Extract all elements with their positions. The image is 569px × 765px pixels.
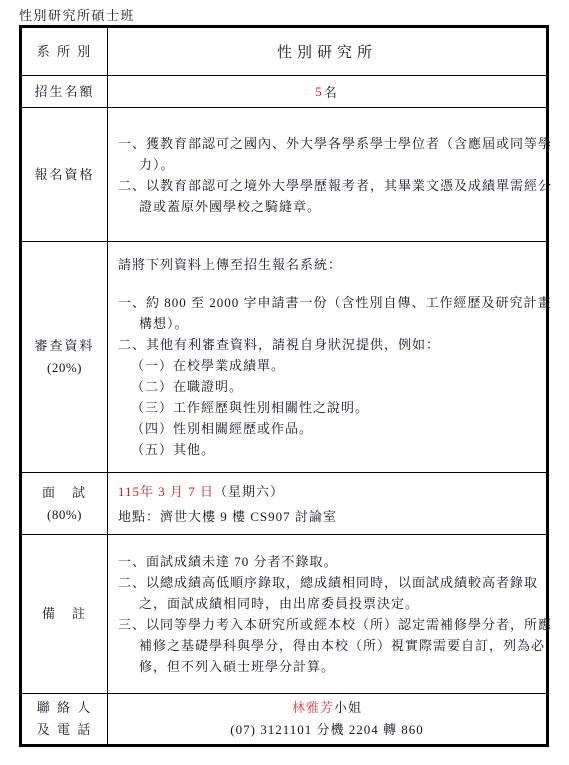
contact-label-line1: 聯 絡 人	[37, 697, 93, 719]
table-row-qualification: 報名資格 一、獲教育部認可之國內、外大學各學系學士學位者（含應屆或同等學力）。二…	[22, 107, 546, 241]
interview-weight: (80%)	[47, 504, 82, 526]
contact-name: 林雅芳	[292, 700, 334, 715]
text-line: （二）在職證明。	[131, 376, 542, 397]
table-row-interview: 面 試 (80%) 115年 3 月 7 日（星期六） 地點：濟世大樓 9 樓 …	[22, 472, 546, 534]
qualification-content: 一、獲教育部認可之國內、外大學各學系學士學位者（含應屆或同等學力）。二、以教育部…	[108, 108, 546, 241]
qualification-label-text: 報名資格	[34, 164, 94, 186]
contact-name-line: 林雅芳小姐	[292, 697, 362, 719]
qualification-label: 報名資格	[22, 108, 108, 241]
text-line: 一、面試成績未達 70 分者不錄取。	[118, 551, 542, 572]
text-line: 修，但不列入碩士班學分計算。	[139, 656, 542, 677]
review-weight: (20%)	[47, 357, 82, 379]
contact-label: 聯 絡 人 及 電 話	[22, 694, 108, 744]
text-line: 二、其他有利審查資料，請視自身狀況提供，例如：	[118, 334, 542, 355]
interview-date-line: 115年 3 月 7 日（星期六）	[118, 479, 542, 504]
department-value-text: 性別研究所	[277, 41, 377, 62]
review-intro: 請將下列資料上傳至招生報名系統：	[118, 254, 542, 275]
contact-content: 林雅芳小姐 (07) 3121101 分機 2204 轉 860	[108, 694, 546, 744]
table-row-contact: 聯 絡 人 及 電 話 林雅芳小姐 (07) 3121101 分機 2204 轉…	[22, 693, 546, 744]
contact-phone: (07) 3121101 分機 2204 轉 860	[230, 719, 423, 741]
quota-label-text: 招生名額	[34, 81, 94, 103]
table-row-quota: 招生名額 5 名	[22, 75, 546, 107]
quota-label: 招生名額	[22, 76, 108, 107]
quota-value: 5 名	[108, 76, 546, 107]
interview-content: 115年 3 月 7 日（星期六） 地點：濟世大樓 9 樓 CS907 討論室	[108, 473, 546, 534]
text-line: 一、獲教育部認可之國內、外大學各學系學士學位者（含應屆或同等學	[118, 133, 542, 154]
admission-info-table: 系 所 別 性別研究所 招生名額 5 名 報名資格 一、獲教育部認可之國內、外大…	[19, 25, 549, 747]
contact-label-line2: 及 電 話	[37, 719, 93, 741]
table-row-department: 系 所 別 性別研究所	[22, 28, 546, 75]
text-line: 證或蓋原外國學校之騎縫章。	[139, 196, 542, 217]
text-line: 力）。	[139, 154, 542, 175]
text-line: 構想）。	[139, 313, 542, 334]
contact-name-suffix: 小姐	[334, 700, 362, 715]
text-line: （四）性別相關經歷或作品。	[131, 418, 542, 439]
department-label-text: 系 所 別	[37, 41, 93, 63]
interview-location: 地點：濟世大樓 9 樓 CS907 討論室	[118, 504, 542, 529]
quota-number: 5	[315, 84, 324, 100]
review-label: 審查資料 (20%)	[22, 242, 108, 472]
notes-label-text: 備 註	[42, 603, 87, 625]
text-line: 之，面試成績相同時，由出席委員投票決定。	[139, 593, 542, 614]
text-line: （五）其他。	[131, 439, 542, 460]
text-line: 二、以教育部認可之境外大學學歷報考者，其畢業文憑及成績單需經公	[118, 175, 542, 196]
text-line: 二、以總成績高低順序錄取，總成績相同時，以面試成績較高者錄取	[118, 572, 542, 593]
department-value: 性別研究所	[108, 28, 546, 75]
notes-content: 一、面試成績未達 70 分者不錄取。二、以總成績高低順序錄取，總成績相同時，以面…	[108, 535, 546, 693]
notes-label: 備 註	[22, 535, 108, 693]
page-title: 性別研究所碩士班	[19, 5, 135, 24]
review-content: 請將下列資料上傳至招生報名系統： 一、約 800 至 2000 字申請書一份（含…	[108, 242, 546, 472]
table-row-review: 審查資料 (20%) 請將下列資料上傳至招生報名系統： 一、約 800 至 20…	[22, 241, 546, 472]
text-line: 一、約 800 至 2000 字申請書一份（含性別自傳、工作經歷及研究計畫	[118, 292, 542, 313]
text-line: （三）工作經歷與性別相關性之說明。	[131, 397, 542, 418]
interview-label: 面 試 (80%)	[22, 473, 108, 534]
department-label: 系 所 別	[22, 28, 108, 75]
text-line: （一）在校學業成績單。	[131, 355, 542, 376]
interview-date: 115年 3 月 7 日	[118, 484, 214, 499]
text-line: 補修之基礎學科與學分，得由本校（所）視實際需要自訂，列為必	[139, 635, 542, 656]
interview-label-text: 面 試	[42, 482, 87, 504]
review-label-text: 審查資料	[34, 335, 94, 357]
text-line: 三、以同等學力考入本研究所或經本校（所）認定需補修學分者，所應	[118, 614, 542, 635]
interview-weekday: （星期六）	[214, 484, 284, 499]
quota-unit: 名	[324, 82, 339, 101]
review-items: 一、約 800 至 2000 字申請書一份（含性別自傳、工作經歷及研究計畫構想）…	[118, 292, 542, 460]
table-row-notes: 備 註 一、面試成績未達 70 分者不錄取。二、以總成績高低順序錄取，總成績相同…	[22, 534, 546, 693]
